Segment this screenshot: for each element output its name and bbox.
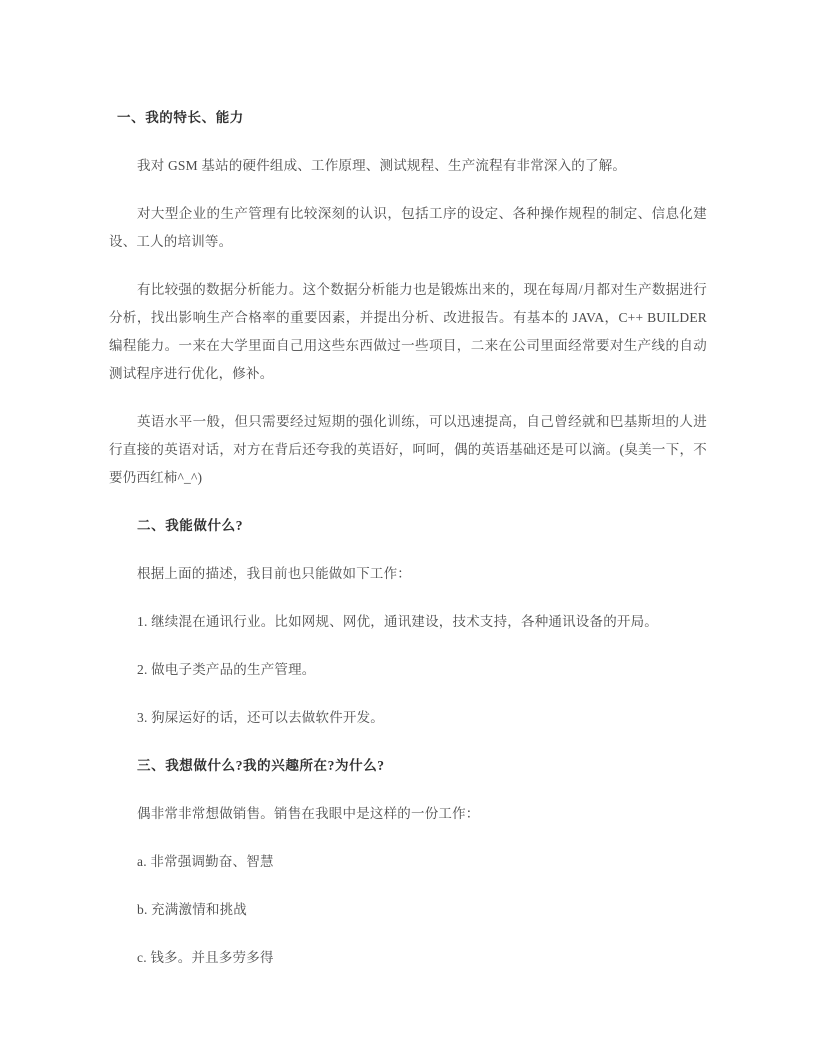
section-heading: 一、我的特长、能力 [109, 104, 707, 132]
paragraph: b. 充满激情和挑战 [109, 896, 707, 924]
paragraph: 偶非常非常想做销售。销售在我眼中是这样的一份工作： [109, 800, 707, 828]
document-page: 一、我的特长、能力我对 GSM 基站的硬件组成、工作原理、测试规程、生产流程有非… [0, 0, 816, 1056]
section-heading: 二、我能做什么? [109, 512, 707, 540]
paragraph: a. 非常强调勤奋、智慧 [109, 848, 707, 876]
paragraph: 我对 GSM 基站的硬件组成、工作原理、测试规程、生产流程有非常深入的了解。 [109, 152, 707, 180]
paragraph: 对大型企业的生产管理有比较深刻的认识，包括工序的设定、各种操作规程的制定、信息化… [109, 200, 707, 256]
paragraph: 有比较强的数据分析能力。这个数据分析能力也是锻炼出来的，现在每周/月都对生产数据… [109, 276, 707, 388]
paragraph: 英语水平一般，但只需要经过短期的强化训练，可以迅速提高，自己曾经就和巴基斯坦的人… [109, 408, 707, 492]
paragraph: 1. 继续混在通讯行业。比如网规、网优，通讯建设，技术支持，各种通讯设备的开局。 [109, 608, 707, 636]
section-heading: 三、我想做什么?我的兴趣所在?为什么? [109, 752, 707, 780]
paragraph: 根据上面的描述，我目前也只能做如下工作： [109, 560, 707, 588]
paragraph: 2. 做电子类产品的生产管理。 [109, 656, 707, 684]
document-body: 一、我的特长、能力我对 GSM 基站的硬件组成、工作原理、测试规程、生产流程有非… [109, 104, 707, 992]
paragraph: 3. 狗屎运好的话，还可以去做软件开发。 [109, 704, 707, 732]
paragraph: c. 钱多。并且多劳多得 [109, 944, 707, 972]
